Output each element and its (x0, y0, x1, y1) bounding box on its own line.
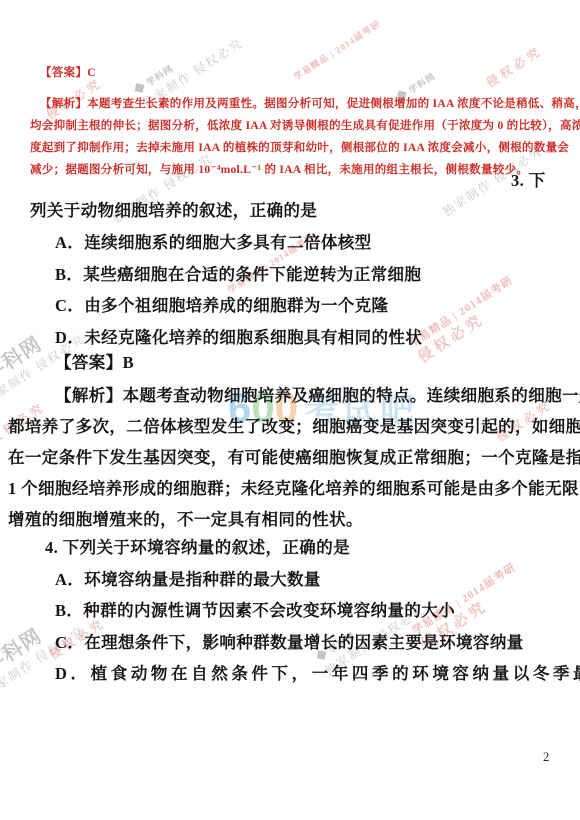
option-a: A．环境容纳量是指种群的最大数量 (55, 564, 580, 595)
watermark-pink: 学易精品 | 2014届考研 侵权必究 (407, 274, 526, 367)
analysis-line: 【解析】本题考查动物细胞培养及癌细胞的特点。连续细胞系的细胞一般 (8, 380, 580, 411)
watermark-pink-title: 学易精品 | 2014届考研 (407, 274, 516, 351)
answer-label: 【答案】 (55, 353, 123, 372)
page-number: 2 (543, 750, 549, 765)
analysis-line: 都培养了多次，二倍体核型发生了改变；细胞癌变是基因突变引起的，如细胞 (8, 411, 580, 442)
question-3-number-lead: 3. 下 (511, 167, 546, 191)
question-3-analysis: 【解析】本题考查动物细胞培养及癌细胞的特点。连续细胞系的细胞一般 都培养了多次，… (8, 380, 580, 535)
question-4-stem: 4. 下列关于环境容纳量的叙述，正确的是 (45, 534, 350, 558)
answer-value: B (123, 353, 134, 372)
question-3-stem: 列关于动物细胞培养的叙述，正确的是 (30, 197, 317, 221)
option-d: D．植食动物在自然条件下，一年四季的环境容纳量以冬季最大 (55, 658, 580, 689)
question-4-options: A．环境容纳量是指种群的最大数量 B．种群的内源性调节因素不会改变环境容纳量的大… (55, 564, 580, 689)
option-c: C．由多个祖细胞培养成的细胞群为一个克隆 (55, 290, 422, 322)
analysis-line: 均会抑制主根的伸长；据图分析，低浓度 IAA 对诱导侧根的生成具有促进作用（于浓… (30, 115, 554, 137)
document-page: { "red_section": { "answer_label": "【答案】… (0, 0, 580, 820)
answer-analysis-red-block: 【答案】C 【解析】本题考查生长素的作用及两重性。据图分析可知，促进侧根增加的 … (30, 62, 554, 181)
option-b: B．种群的内源性调节因素不会改变环境容纳量的大小 (55, 595, 580, 626)
analysis-line: 在一定条件下发生基因突变，有可能使癌细胞恢复成正常细胞；一个克隆是指 (8, 442, 580, 473)
analysis-line: 增殖的细胞增殖来的，不一定具有相同的性状。 (8, 504, 580, 535)
watermark-gray-title: 学科网 (0, 333, 46, 386)
analysis-line: 1 个细胞经培养形成的细胞群；未经克隆化培养的细胞系可能是由多个能无限 (8, 473, 580, 504)
analysis-line: 减少；据题图分析可知，与施用 10⁻⁴mol.L⁻¹ 的 IAA 相比，未施用的… (30, 159, 554, 181)
analysis-line: 度起到了抑制作用；去掉未施用 IAA 的植株的顶芽和幼叶，侧根部位的 IAA 浓… (30, 137, 554, 159)
watermark-pink-sub: 侵权必究 (415, 286, 527, 368)
analysis-line: 【解析】本题考查生长素的作用及两重性。据图分析可知，促进侧根增加的 IAA 浓度… (30, 93, 554, 115)
question-3-answer: 【答案】B (55, 349, 134, 373)
answer-line: 【答案】C (30, 62, 554, 84)
option-a: A．连续细胞系的细胞大多具有二倍体核型 (55, 227, 422, 259)
answer-label: 【答案】 (40, 67, 87, 79)
question-3-options: A．连续细胞系的细胞大多具有二倍体核型 B．某些癌细胞在合适的条件下能逆转为正常… (55, 227, 422, 353)
option-c: C．在理想条件下，影响种群数量增长的因素主要是环境容纳量 (55, 627, 580, 658)
option-b: B．某些癌细胞在合适的条件下能逆转为正常细胞 (55, 259, 422, 291)
watermark-gray-title: 学科网 (0, 625, 46, 678)
answer-value: C (87, 67, 96, 79)
